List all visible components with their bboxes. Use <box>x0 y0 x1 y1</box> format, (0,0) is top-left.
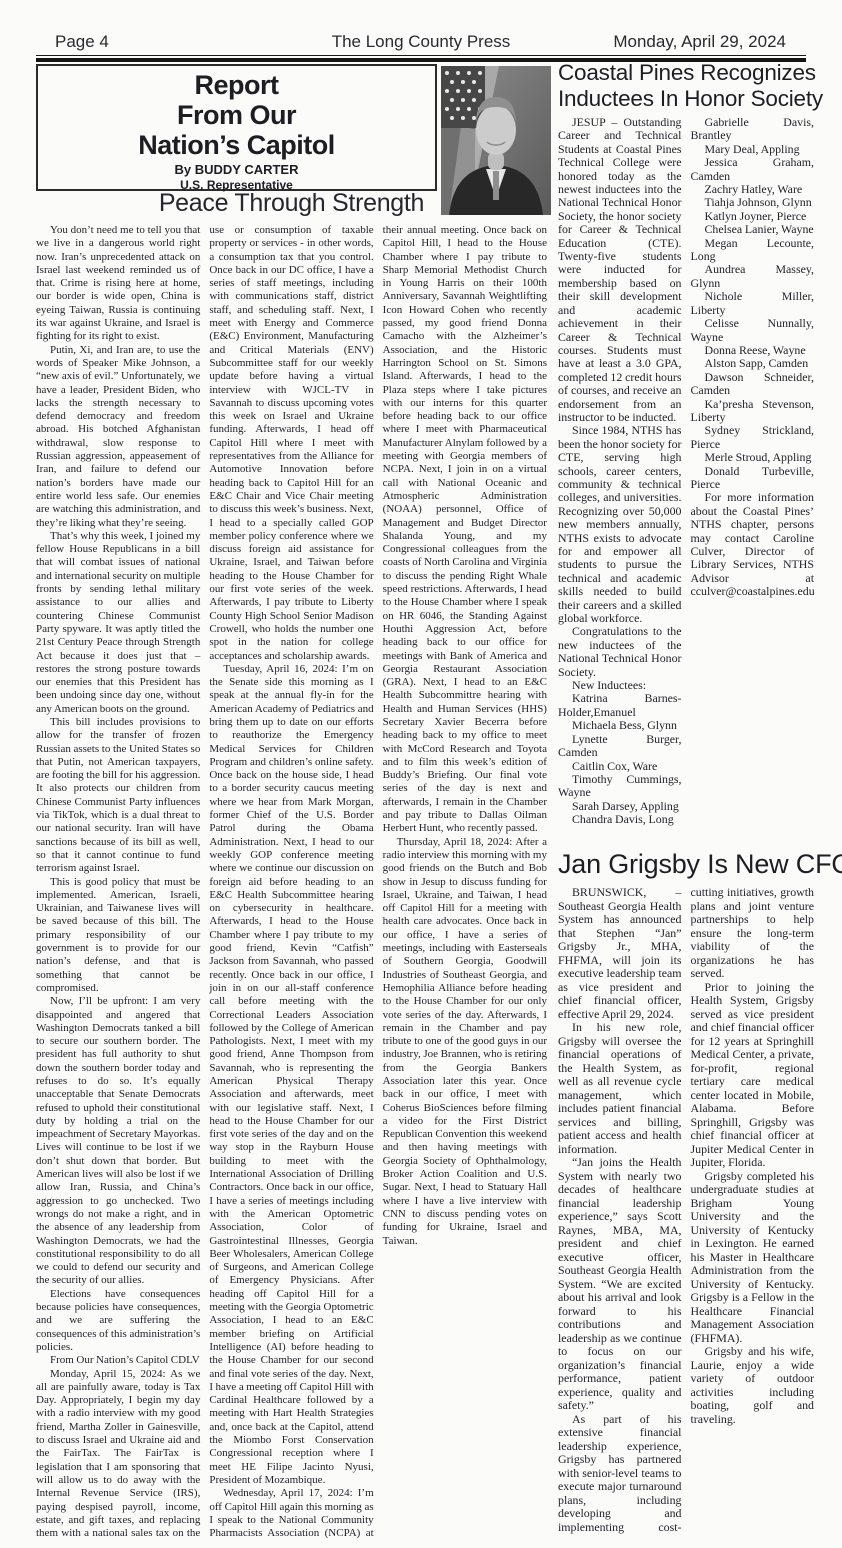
article-headline: Peace Through Strength <box>36 189 547 218</box>
paragraph: Megan Lecounte, Long <box>691 237 815 264</box>
paragraph: Prior to joining the Health System, Grig… <box>691 981 815 1170</box>
paragraph: Grigsby completed his undergraduate stud… <box>691 1170 815 1346</box>
paragraph: Alston Sapp, Camden <box>691 357 815 370</box>
paragraph: Since 1984, NTHS has been the honor soci… <box>558 424 682 625</box>
paragraph: Katrina Barnes-Holder,Emanuel <box>558 692 682 719</box>
paragraph: This is good policy that must be impleme… <box>36 876 200 996</box>
paragraph: Jessica Graham, Camden <box>691 156 815 183</box>
paragraph: Dawson Schneider, Camden <box>691 371 815 398</box>
coastal-pines-article-body: JESUP – Outstanding Career and Technical… <box>558 116 814 852</box>
paragraph: For more information about the Coastal P… <box>691 491 815 598</box>
paragraph: Timothy Cummings, Wayne <box>558 773 682 800</box>
report-title-line-1: Report <box>38 70 435 100</box>
paragraph: Ka’presha Stevenson, Liberty <box>691 398 815 425</box>
paragraph: Lynette Burger, Camden <box>558 733 682 760</box>
capitol-report-article-body: You don’t need me to tell you that we li… <box>36 224 547 1544</box>
paragraph: Putin, Xi, and Iran are, to use the word… <box>36 344 200 530</box>
capitol-report-box: Report From Our Nation’s Capitol By BUDD… <box>36 64 437 191</box>
report-title-line-3: Nation’s Capitol <box>38 130 435 160</box>
paragraph: Aundrea Massey, Glynn <box>691 263 815 290</box>
paragraph: Congratulations to the new inductees of … <box>558 625 682 679</box>
report-byline: By BUDDY CARTER <box>38 162 435 178</box>
paragraph: Merle Stroud, Appling <box>691 451 815 464</box>
paragraph: Chandra Davis, Long <box>558 813 682 826</box>
paragraph: Now, I’ll be upfront: I am very disappoi… <box>36 995 200 1288</box>
paragraph: BRUNSWICK, – Southeast Georgia Health Sy… <box>558 886 682 1021</box>
paragraph: Nichole Miller, Liberty <box>691 290 815 317</box>
paragraph: Tuesday, April 16, 2024: I’m on the Sena… <box>209 663 373 1487</box>
paragraph: Tiahja Johnson, Glynn <box>691 196 815 209</box>
paragraph: Elections have consequences because poli… <box>36 1288 200 1354</box>
paragraph: Zachry Hatley, Ware <box>691 183 815 196</box>
paragraph: Chelsea Lanier, Wayne <box>691 223 815 236</box>
paragraph: Mary Deal, Appling <box>691 143 815 156</box>
paragraph: Sarah Darsey, Appling <box>558 800 682 813</box>
paragraph: Donald Turbeville, Pierce <box>691 465 815 492</box>
coastal-pines-headline: Coastal Pines Recognizes Inductees In Ho… <box>558 60 830 112</box>
paragraph: Katlyn Joyner, Pierce <box>691 210 815 223</box>
grigsby-article-body: BRUNSWICK, – Southeast Georgia Health Sy… <box>558 886 814 1541</box>
paragraph: Donna Reese, Wayne <box>691 344 815 357</box>
paragraph: Sydney Strickland, Pierce <box>691 424 815 451</box>
paragraph: From Our Nation’s Capitol CDLV <box>36 1354 200 1367</box>
paragraph: Celisse Nunnally, Wayne <box>691 317 815 344</box>
paragraph: In his new role, Grigsby will oversee th… <box>558 1021 682 1156</box>
paragraph: “Jan joins the Health System with nearly… <box>558 1156 682 1413</box>
report-title-line-2: From Our <box>38 100 435 130</box>
paragraph: Gabrielle Davis, Brantley <box>691 116 815 143</box>
grigsby-headline: Jan Grigsby Is New CFO <box>558 849 842 880</box>
masthead: Page 4 The Long County Press Monday, Apr… <box>36 32 806 54</box>
paragraph: Michaela Bess, Glynn <box>558 719 682 732</box>
paragraph: Thursday, April 18, 2024: After a radio … <box>383 836 547 1248</box>
paragraph: New Inductees: <box>558 679 682 692</box>
issue-date: Monday, April 29, 2024 <box>613 32 786 52</box>
paragraph: Caitlin Cox, Ware <box>558 760 682 773</box>
rule-thin <box>36 55 806 56</box>
newspaper-page: Page 4 The Long County Press Monday, Apr… <box>0 0 842 1548</box>
paragraph: You don’t need me to tell you that we li… <box>36 224 200 344</box>
paragraph: Grigsby and his wife, Laurie, enjoy a wi… <box>691 1345 815 1426</box>
paragraph: This bill includes provisions to allow f… <box>36 716 200 876</box>
paragraph: That’s why this week, I joined my fellow… <box>36 530 200 716</box>
paragraph: JESUP – Outstanding Career and Technical… <box>558 116 682 424</box>
